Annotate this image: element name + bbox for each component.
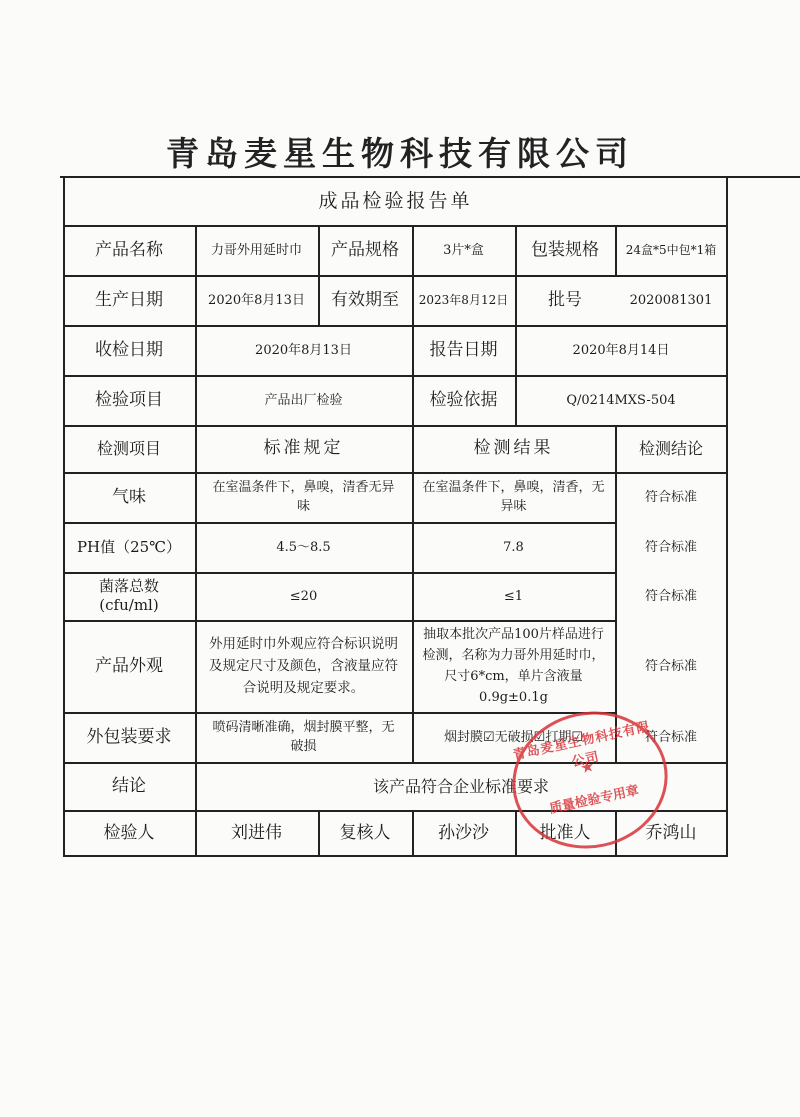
inspector-name: 刘进伟: [195, 810, 318, 856]
batch-value: 2020081301: [615, 275, 727, 325]
test-conclusion: 符合标准: [615, 712, 727, 762]
test-standard: ≤20: [195, 572, 412, 620]
product-spec-value: 3片*盒: [412, 225, 515, 275]
product-name-value: 力哥外用延时巾: [195, 225, 318, 275]
inspection-basis-label: 检验依据: [412, 375, 515, 425]
product-name-label: 产品名称: [63, 225, 195, 275]
test-standard: 喷码清晰准确，烟封膜平整，无破损: [195, 712, 412, 762]
test-standard: 外用延时巾外观应符合标识说明及规定尺寸及颜色，含液量应符合说明及规定要求。: [195, 620, 412, 712]
receive-date-value: 2020年8月13日: [195, 325, 412, 375]
test-item: 外包装要求: [63, 712, 195, 762]
test-result: 在室温条件下，鼻嗅，清香，无异味: [412, 472, 615, 522]
inspection-basis-value: Q/0214MXS-504: [515, 375, 727, 425]
test-conclusion: 符合标准: [615, 522, 727, 572]
test-conclusion: 符合标准: [615, 572, 727, 620]
inspection-item-label: 检验项目: [63, 375, 195, 425]
company-name: 青岛麦星生物科技有限公司: [0, 128, 800, 175]
test-item: PH值（25℃）: [63, 522, 195, 572]
report-date-value: 2020年8月14日: [515, 325, 727, 375]
test-result: 抽取本批次产品100片样品进行检测，名称为力哥外用延时巾，尺寸6*cm，单片含液…: [412, 620, 615, 712]
reviewer-name: 孙沙沙: [412, 810, 515, 856]
package-spec-label: 包装规格: [515, 225, 615, 275]
batch-label: 批号: [515, 275, 615, 325]
test-header-item: 检测项目: [63, 425, 195, 472]
expiry-label: 有效期至: [318, 275, 412, 325]
test-result: 7.8: [412, 522, 615, 572]
test-header-standard: 标准规定: [195, 425, 412, 472]
test-standard: 4.5～8.5: [195, 522, 412, 572]
test-header-conclusion: 检测结论: [615, 425, 727, 472]
receive-date-label: 收检日期: [63, 325, 195, 375]
test-result: ≤1: [412, 572, 615, 620]
package-spec-value: 24盒*5中包*1箱: [615, 225, 727, 275]
inspection-item-value: 产品出厂检验: [195, 375, 412, 425]
product-spec-label: 产品规格: [318, 225, 412, 275]
production-date-label: 生产日期: [63, 275, 195, 325]
conclusion-text: 该产品符合企业标准要求: [195, 762, 727, 810]
conclusion-label: 结论: [63, 762, 195, 810]
test-standard: 在室温条件下，鼻嗅，清香无异味: [195, 472, 412, 522]
reviewer-label: 复核人: [318, 810, 412, 856]
expiry-value: 2023年8月12日: [412, 275, 515, 325]
test-item: 产品外观: [63, 620, 195, 712]
test-conclusion: 符合标准: [615, 620, 727, 712]
test-item: 菌落总数(cfu/ml): [63, 572, 195, 620]
approver-label: 批准人: [515, 810, 615, 856]
test-item: 气味: [63, 472, 195, 522]
report-date-label: 报告日期: [412, 325, 515, 375]
report-title: 成品检验报告单: [63, 176, 728, 226]
production-date-value: 2020年8月13日: [195, 275, 318, 325]
inspector-label: 检验人: [63, 810, 195, 856]
test-conclusion: 符合标准: [615, 472, 727, 522]
test-header-result: 检测结果: [412, 425, 615, 472]
approver-name: 乔鸿山: [615, 810, 727, 856]
test-result: 烟封膜☑无破损☑打期☑: [412, 712, 615, 762]
